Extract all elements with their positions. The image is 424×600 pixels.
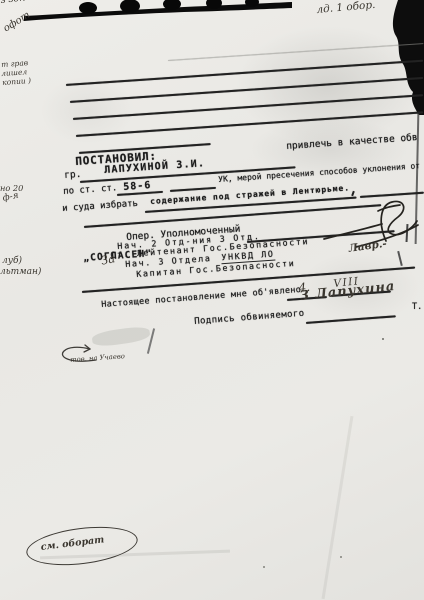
form-uk-clause: УК, мерой пресечения способов уклонения … [218, 162, 424, 184]
scan-edge-band [24, 0, 296, 22]
za-handwritten-mark: За [100, 253, 116, 267]
corner-note-slanted: офот [2, 10, 32, 34]
scanned-document-page: привлечь в качестве обв ПОСТАНОВИЛ: гр. … [0, 0, 424, 600]
paper-speck [263, 566, 265, 568]
edge-mark [397, 251, 402, 266]
paper-speck [340, 556, 342, 558]
erased-smudge [91, 325, 151, 348]
form-announced-label: Настоящее постановление мне об'явлено [101, 286, 302, 310]
accused-signature: З Лапухина [299, 280, 396, 303]
form-custody-label: и суда избрать [62, 200, 138, 214]
form-signature-label: Подпись обвиняемого [194, 310, 305, 327]
margin-note: копии ) [2, 77, 31, 86]
paper-speck [382, 338, 384, 340]
margin-note: луб) [2, 257, 22, 266]
ink-stroke [147, 328, 155, 354]
folio-note: лд. 1 обор. [316, 0, 376, 15]
form-article-label: по ст. ст. [63, 184, 118, 197]
form-charge-fragment: привлечь в качестве обв [286, 133, 418, 151]
fill-in-line [170, 187, 216, 192]
margin-note: льтман) [0, 268, 41, 277]
ink-tick [351, 191, 355, 196]
fill-in-line [306, 315, 396, 324]
paper-crease [322, 416, 354, 599]
edge-text-fragment: Т. [412, 303, 422, 312]
circled-note: см. оборат [24, 521, 140, 570]
see-reverse-note: см. оборат [40, 535, 105, 552]
form-citizen-label: гр. [64, 170, 82, 181]
margin-note: ф-я [2, 192, 20, 204]
